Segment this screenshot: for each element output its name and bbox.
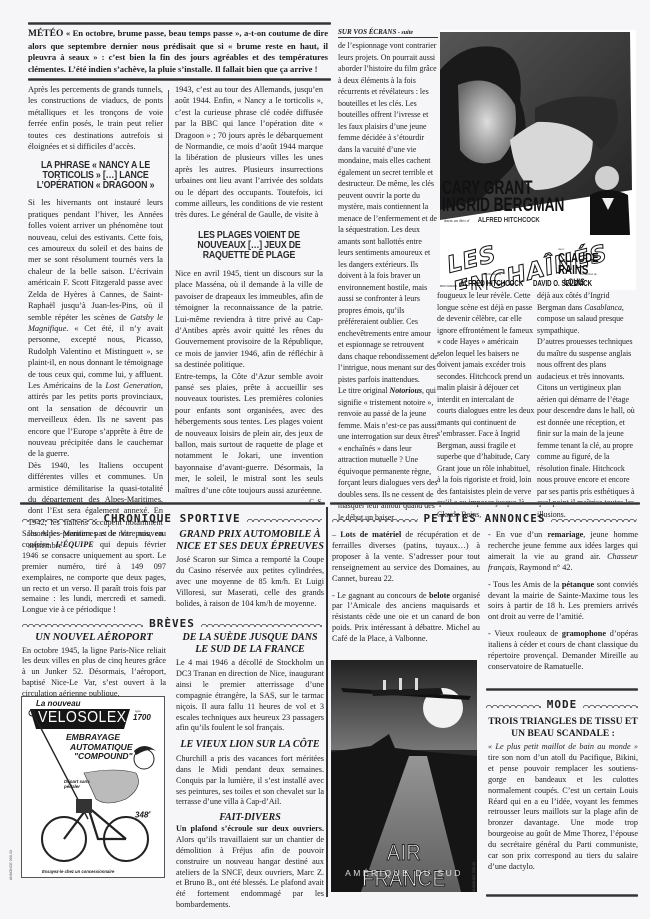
annonce-gramophone: - Vieux rouleaux de gramophone d’opéras … <box>488 629 638 673</box>
poster-real-label: Réalisation de <box>484 272 501 276</box>
ecrans-paragraph-1: de l’espionnage vont contrarier leurs pr… <box>338 40 438 385</box>
newspaper-lequipe: L’ÉQUIPE <box>55 540 93 549</box>
wave-ornament <box>551 514 637 522</box>
suede-title: DE LA SUÈDE JUSQUE DANS LE SUD DE LA FRA… <box>176 632 324 655</box>
poster-actors: CARY GRANT INGRID BERGMAN <box>442 180 564 214</box>
equipe-paragraph: Saluons les premiers pas de notre nouvea… <box>22 529 166 616</box>
wave-ornament <box>22 514 97 522</box>
ecrans-column-c: déjà aux côtés d’Ingrid Bergman dans Cas… <box>537 290 637 520</box>
aeroport-title: UN NOUVEL AÉROPORT <box>22 632 166 644</box>
solex-depart: Départ sans pédaler <box>64 779 94 789</box>
solex-price: 348F <box>135 810 151 820</box>
lion-text: Churchill a pris des vacances fort mérit… <box>176 754 324 809</box>
annonce-petanque: - Tous les Amis de la pétanque sont conv… <box>488 580 638 624</box>
film-casablanca: Casablanca <box>584 303 622 312</box>
mode-title: TROIS TRIANGLES DE TISSU ET UN BEAU SCAN… <box>488 716 638 739</box>
divider-mode-bottom <box>486 894 638 897</box>
poster-director-small: dans un film d’ALFRED HITCHCOCK <box>444 215 547 224</box>
article-column-2: 1943, c’est au tour des Allemands, jusqu… <box>175 84 323 508</box>
ecrans-kicker: SUR VOS ÉCRANS - suite <box>338 28 438 38</box>
grand-prix-text: José Scaron sur Simca a remporté la Coup… <box>176 555 324 610</box>
annonce-materiel: – Lots de matériel de récupération et de… <box>332 530 480 585</box>
ecrans-paragraph-prouesses: D’autres prouesses techniques du maître … <box>537 336 637 520</box>
annonce-belote: - Le gagnant au concours de belote organ… <box>332 591 480 646</box>
ecrans-column-a: de l’espionnage vont contrarier leurs pr… <box>338 40 438 523</box>
poster-prod-label: Production de <box>580 272 597 276</box>
column-divider <box>168 90 169 492</box>
lion-title: LE VIEUX LION SUR LA CÔTE <box>176 739 324 751</box>
column-divider-bottom <box>326 507 328 897</box>
air-france-advertisement: AIR FRANCE AMÉRIQUE DU SUD <box>331 660 477 892</box>
air-france-sub: AMÉRIQUE DU SUD <box>337 868 471 878</box>
ecrans-column-b: fougueux le leur révèle. Cette longue sc… <box>437 290 535 520</box>
fait-divers-text: Un plafond s’écroule sur deux ouvriers. … <box>176 824 324 911</box>
section-petites-annonces: PETITES ANNONCES <box>332 511 637 525</box>
subheading-dragoon: LA PHRASE « NANCY A LE TORTICOLIS » […] … <box>29 161 162 191</box>
divider-right <box>330 502 640 505</box>
mode-article: TROIS TRIANGLES DE TISSU ET UN BEAU SCAN… <box>488 716 638 873</box>
divider-left <box>20 502 325 505</box>
grand-prix-title: GRAND PRIX AUTOMOBILE À NICE ET SES DEUX… <box>176 529 324 552</box>
section-chronique-sportive: CHRONIQUE SPORTIVE <box>22 511 322 525</box>
article-column-1: Après les percements de grands tunnels, … <box>28 84 163 551</box>
wave-ornament <box>583 700 638 708</box>
article-paragraph-entre-temps: Entre-temps, la Côte d’Azur semble avoir… <box>175 371 323 496</box>
meteo-text: « En octobre, brume passe, beau temps pa… <box>28 28 328 74</box>
annonces-col-right: - En vue d’un remariage, jeune homme rec… <box>488 530 638 673</box>
suede-text: Le 4 mai 1946 a décollé de Stockholm un … <box>176 658 324 734</box>
velosolex-advertisement: La nouveau VELOSOLEX type 1700 EMBRAYAGE… <box>21 696 165 878</box>
poster-credits: RKO RADIO ALFRED HITCHCOCK DAVID O. SELZ… <box>440 278 636 288</box>
grand-prix-article: GRAND PRIX AUTOMOBILE À NICE ET SES DEUX… <box>176 529 324 610</box>
meteo-bottom-rule <box>28 78 331 81</box>
meteo-box: MÉTÉO « En octobre, brume passe, beau te… <box>28 28 328 75</box>
subheading-plages: LES PLAGES VOIENT DE NOUVEAUX […] JEUX D… <box>178 231 319 261</box>
wave-ornament <box>247 514 322 522</box>
section-mode: MODE <box>486 697 638 711</box>
air-france-brand: AIR FRANCE <box>344 840 465 892</box>
aeroport-text: En octobre 1945, la ligne Paris-Nice rel… <box>22 646 166 701</box>
film-poster-les-enchaines: CARY GRANT INGRID BERGMAN dans un film d… <box>440 30 636 290</box>
annonce-remariage: - En vue d’un remariage, jeune homme rec… <box>488 530 638 574</box>
mode-text: « Le plus petit maillot de bain au monde… <box>488 742 638 873</box>
fait-divers-lead: Un plafond s’écroule sur deux ouvriers. <box>176 824 324 833</box>
wave-ornament <box>201 619 322 627</box>
divider-mode-top <box>486 688 638 691</box>
solex-archive-tag: ANNONCE 000-33 <box>9 850 13 880</box>
aeroport-article: UN NOUVEL AÉROPORT En octobre 1945, la l… <box>22 632 166 700</box>
meteo-top-rule <box>28 22 331 25</box>
solex-illustration <box>26 707 164 867</box>
article-paragraph-estivants: Si les hivernants ont instauré leurs pra… <box>28 197 163 459</box>
fait-divers-title: FAIT-DIVERS <box>176 812 324 824</box>
annonces-col-left: – Lots de matériel de récupération et de… <box>332 530 480 645</box>
film-original-title: Notorious <box>390 386 422 395</box>
article-intro: Après les percements de grands tunnels, … <box>28 84 163 152</box>
lost-generation: Lost Generation <box>105 381 161 390</box>
airfrance-archive-tag: ANNONCE 000-33 <box>472 862 476 892</box>
meteo-label: MÉTÉO <box>28 29 63 39</box>
solex-footer: Essayez-le chez un concessionnaire <box>42 869 114 874</box>
wave-ornament <box>22 619 143 627</box>
article-paragraph-nice-1945: Nice en avril 1945, tient un discours su… <box>175 268 323 371</box>
section-breves: BRÈVES <box>22 616 322 630</box>
wave-ornament <box>332 514 418 522</box>
suede-article: DE LA SUÈDE JUSQUE DANS LE SUD DE LA FRA… <box>176 632 324 911</box>
article-paragraph-1943: 1943, c’est au tour des Allemands, jusqu… <box>175 84 323 221</box>
wave-ornament <box>486 700 541 708</box>
